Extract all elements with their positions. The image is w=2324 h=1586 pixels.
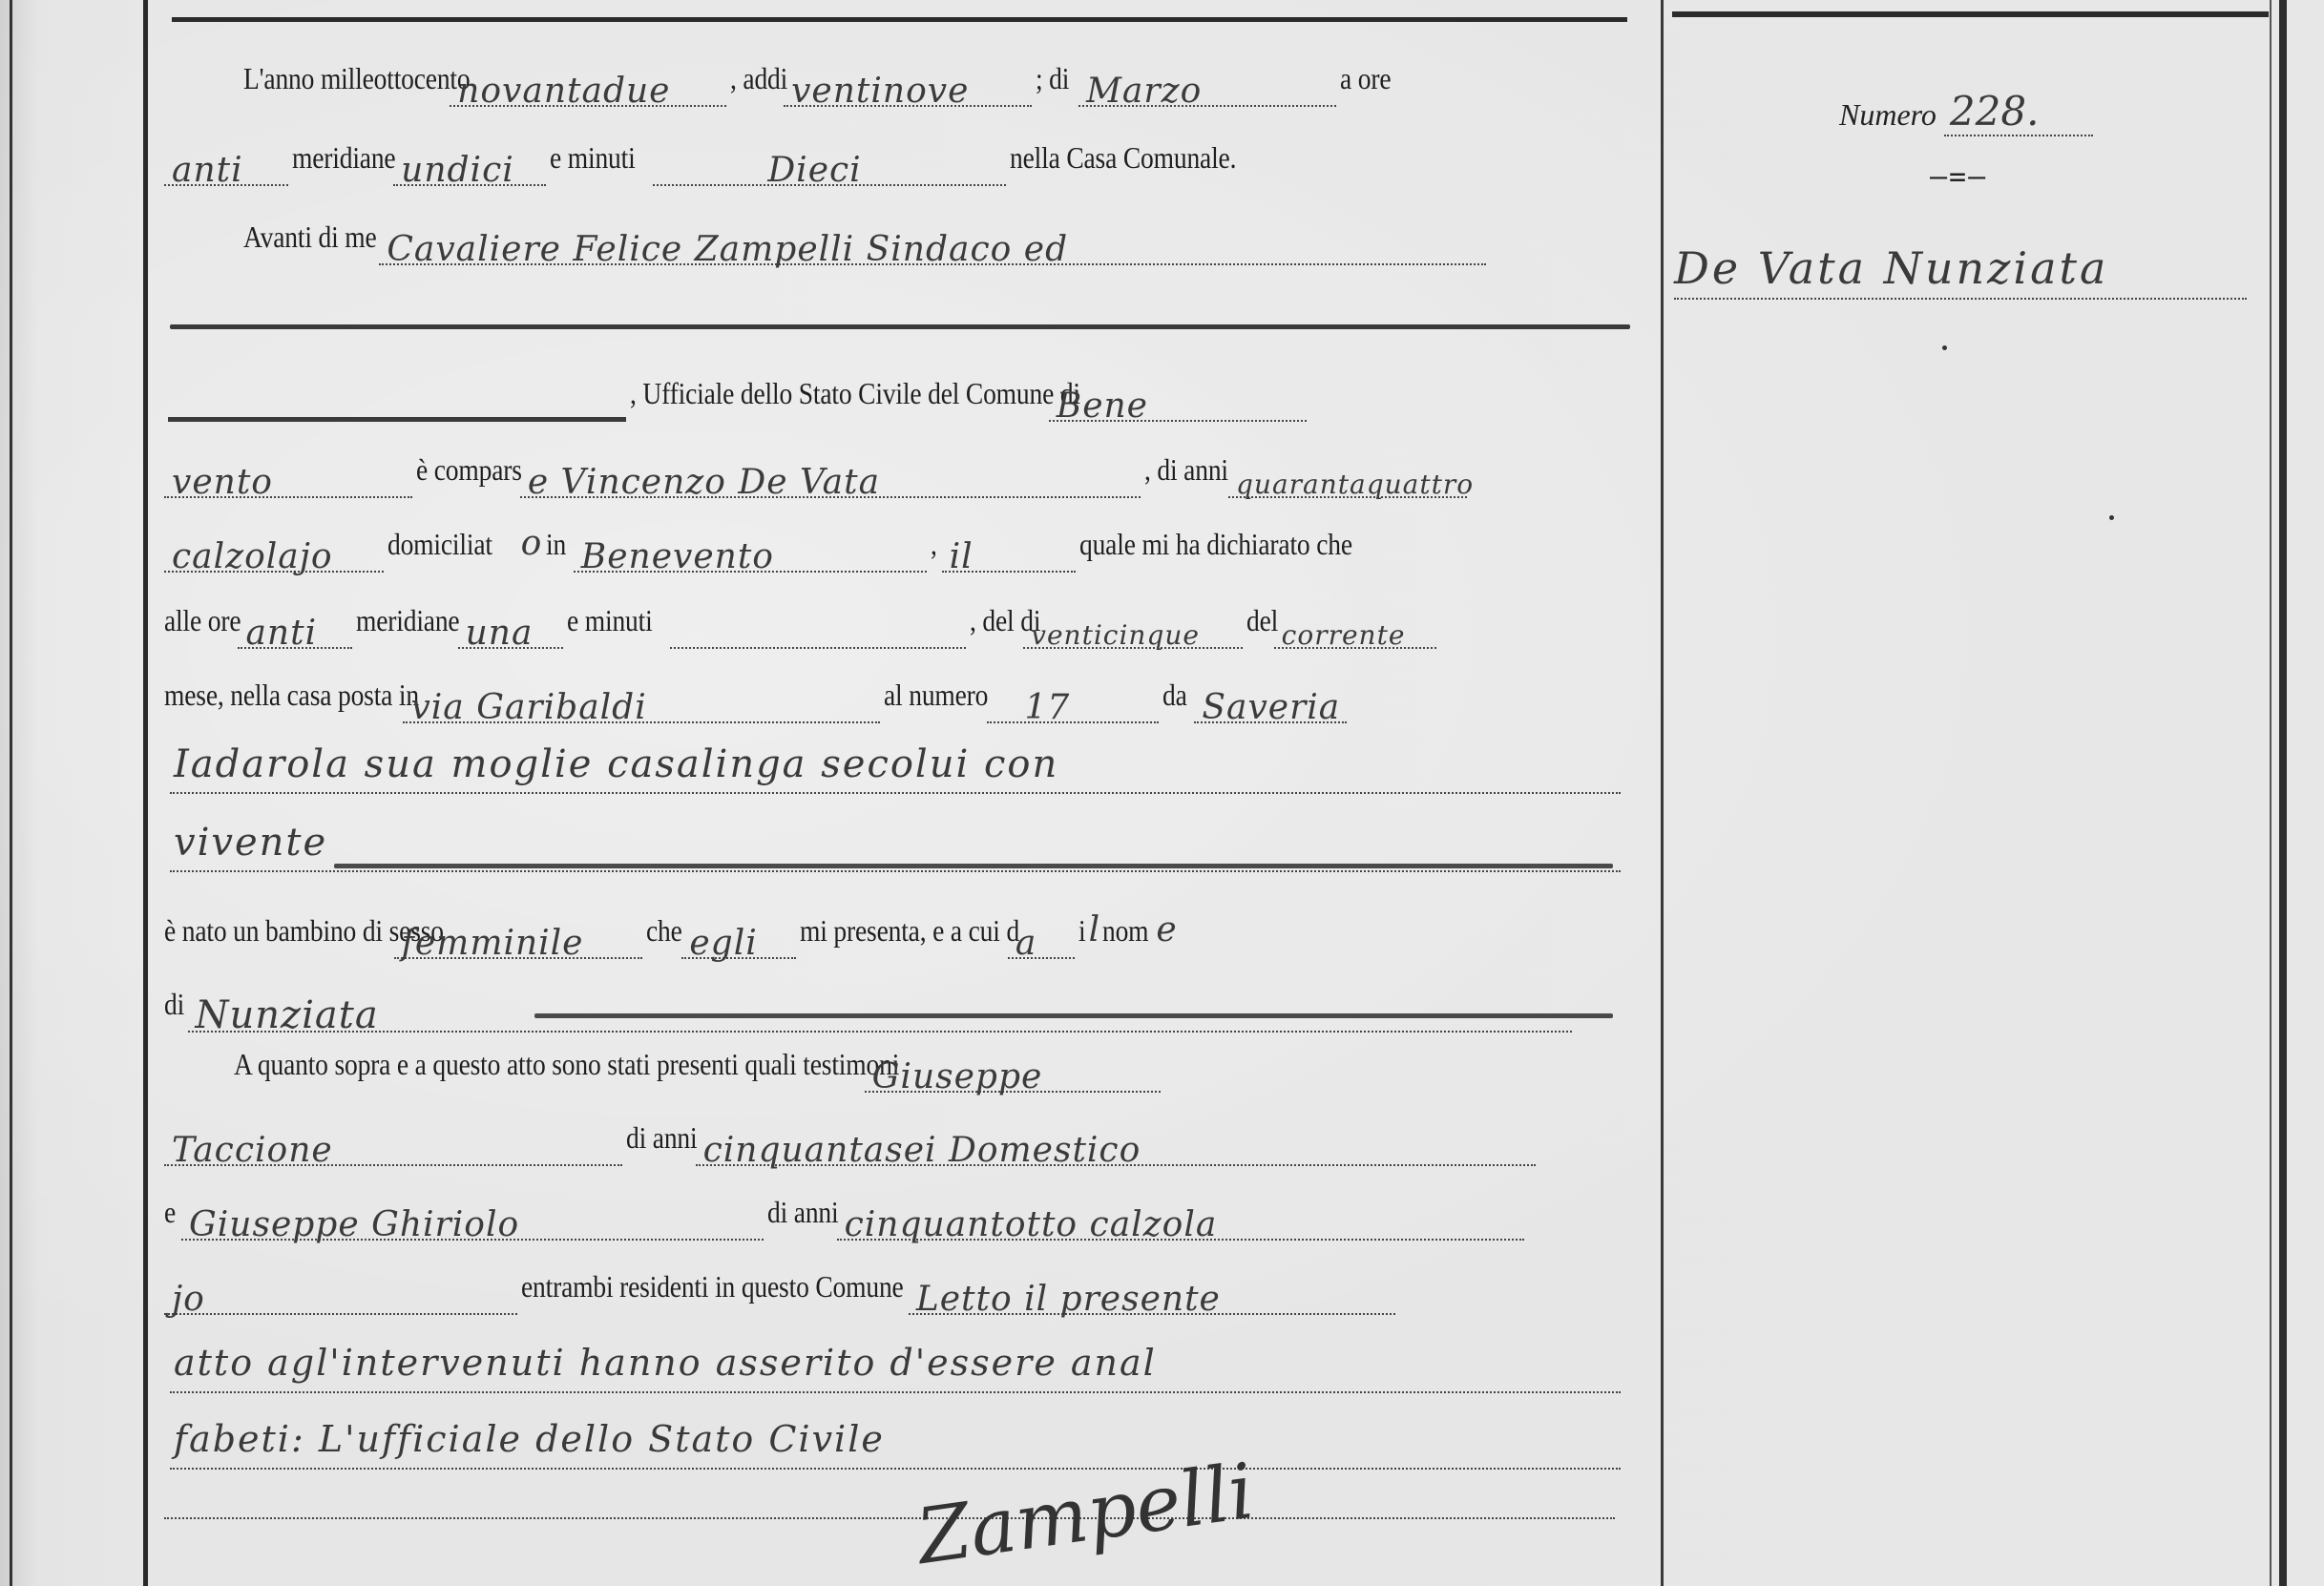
printed-text: di [164, 975, 184, 1033]
printed-text: , [931, 515, 937, 573]
line-closing-1: atto agl'intervenuti hanno asserito d'es… [170, 1334, 1621, 1393]
handwritten-article-l: l [1087, 909, 1103, 951]
printed-text: nom [1102, 902, 1148, 959]
field-gives: a [1008, 915, 1075, 959]
line-mother-cont: Iadarola sua moglie casalinga secolui co… [170, 735, 1621, 794]
handwritten-presenter: egli [681, 923, 757, 965]
document-page: L'anno milleottocentonovantadue, addiven… [0, 0, 2324, 1586]
handwritten-closing-2: fabeti: L'ufficiale dello Stato Civile [174, 1418, 885, 1460]
line-time: antimeridianeundicie minutiDiecinella Ca… [164, 129, 1624, 186]
printed-text: è compars [416, 441, 522, 498]
handwritten-profession: calzolajo [164, 536, 333, 578]
handwritten-witness2-age-job: cinquantotto calzola [837, 1204, 1218, 1246]
handwritten-residence: Benevento [574, 536, 774, 578]
field-read-aloud: Letto il presente [909, 1271, 1395, 1315]
line-residence: calzolajodomiciliat oinBenevento, ilqual… [164, 515, 1624, 573]
field-ante: anti [164, 142, 288, 186]
printed-text: nella Casa Comunale. [1010, 129, 1236, 186]
handwritten-witness1-surname: Taccione [164, 1130, 333, 1172]
margin-column: Numero 228. —=— De Vata Nunziata [1672, 0, 2264, 1586]
field-mother: Saveria [1194, 679, 1347, 723]
field-witness2-age-job: cinquantotto calzola [837, 1197, 1524, 1241]
handwritten-minutes: Dieci [653, 150, 861, 192]
field-declarant-age: quarantaquattro [1228, 454, 1467, 498]
line-child-sex: è nato un bambino di sessofemminilecheeg… [164, 902, 1624, 959]
handwritten-gives: a [1008, 923, 1036, 965]
line-witness2: eGiuseppe Ghiriolodi annicinquantotto ca… [164, 1183, 1624, 1241]
record-number-value: 228. [1944, 88, 2093, 136]
field-residence: Benevento [574, 529, 927, 573]
line-child-name: diNunziata [164, 975, 1624, 1033]
record-number: Numero 228. [1839, 88, 2093, 136]
handwritten-gender-suffix: o [517, 523, 547, 565]
handwritten-read-aloud: Letto il presente [909, 1279, 1221, 1321]
field-birth-day: venticinque [1023, 605, 1243, 649]
field-witness2-name: Giuseppe Ghiriolo [181, 1197, 764, 1241]
field-witness1-first: Giuseppe [865, 1049, 1161, 1093]
field-minutes: Dieci [653, 142, 1006, 186]
handwritten-officer: Cavaliere Felice Zampelli Sindaco ed [379, 229, 1068, 271]
right-border [2279, 0, 2287, 1586]
handwritten-birth-hour: una [458, 613, 534, 655]
field-witness2-job-cont: jo [164, 1271, 517, 1315]
printed-text: i [1078, 902, 1085, 959]
field-month: Marzo [1078, 63, 1336, 107]
printed-text: mi presenta, e a cui d [800, 902, 1019, 959]
signature-line [164, 1517, 1615, 1519]
margin-child-name: De Vata Nunziata [1674, 239, 2247, 300]
printed-text: quale mi ha dichiarato che [1079, 515, 1352, 573]
struck-rule [534, 1013, 1613, 1018]
printed-text: domiciliat [387, 515, 492, 573]
handwritten-child-name: Nunziata [188, 994, 379, 1036]
handwritten-day: ventinove [784, 71, 969, 113]
printed-text: alle ore [164, 592, 241, 649]
printed-text: , addi [730, 50, 787, 107]
line-officer: Avanti di meCavaliere Felice Zampelli Si… [243, 208, 1627, 265]
handwritten-cohabiting: vivente [174, 821, 327, 865]
printed-text: e [164, 1183, 176, 1241]
line-birth-place: mese, nella casa posta invia Garibaldial… [164, 666, 1624, 723]
printed-text: al numero [884, 666, 988, 723]
field-profession: calzolajo [164, 529, 384, 573]
field-sex: femminile [394, 915, 642, 959]
right-border-thin [2270, 0, 2272, 1586]
form-left-border [143, 0, 148, 1586]
field-presenter: egli [681, 915, 796, 959]
line-closing-2: fabeti: L'ufficiale dello Stato Civile [170, 1410, 1621, 1470]
column-divider [1661, 0, 1664, 1586]
printed-text: meridiane [356, 592, 459, 649]
printed-text: L'anno milleottocento [243, 50, 471, 107]
paper-speck [1942, 345, 1947, 350]
handwritten-ante: anti [164, 150, 243, 192]
printed-text: mese, nella casa posta in [164, 666, 419, 723]
handwritten-birth-day: venticinque [1023, 615, 1200, 657]
field-birth-hour: una [458, 605, 563, 649]
handwritten-article: il [942, 536, 974, 578]
printed-text: da [1162, 666, 1187, 723]
handwritten-name-suffix: e [1156, 909, 1177, 951]
handwritten-street: via Garibaldi [403, 687, 646, 729]
paper-speck [2109, 515, 2114, 520]
field-birth-month: corrente [1274, 605, 1436, 649]
field-comune: Bene [1049, 378, 1307, 422]
field-child-name: Nunziata [188, 989, 1572, 1033]
printed-text: di anni [767, 1183, 838, 1241]
line-declarant: ventoè comparse Vincenzo De Vata, di ann… [164, 441, 1624, 498]
field-witness1-age-job: cinquantasei Domestico [696, 1122, 1536, 1166]
line-witness1: Taccionedi annicinquantasei Domestico [164, 1109, 1624, 1166]
printed-text: a ore [1340, 50, 1391, 107]
field-birth-minutes [670, 605, 966, 649]
field-house-number: 17 [987, 679, 1159, 723]
printed-text: che [646, 902, 682, 959]
printed-text: A quanto sopra e a questo atto sono stat… [234, 1035, 899, 1093]
handwritten-witness1-first: Giuseppe [865, 1056, 1043, 1098]
printed-text: e minuti [567, 592, 653, 649]
printed-text: in [546, 515, 566, 573]
printed-text: e minuti [550, 129, 636, 186]
line-residence-witnesses: joentrambi residenti in questo ComuneLet… [164, 1258, 1624, 1315]
handwritten-witness2-name: Giuseppe Ghiriolo [181, 1204, 519, 1246]
printed-text: di anni [626, 1109, 697, 1166]
printed-text: Avanti di me [243, 208, 377, 265]
printed-text: , Ufficiale dello Stato Civile del Comun… [630, 365, 1080, 422]
line-office: , Ufficiale dello Stato Civile del Comun… [164, 365, 1624, 422]
field-declarant: e Vincenzo De Vata [520, 454, 1141, 498]
handwritten-declarant: e Vincenzo De Vata [520, 462, 880, 504]
top-rule-main [172, 17, 1627, 22]
handwritten-birth-ante: anti [238, 613, 317, 655]
struck-rule [334, 864, 1613, 868]
handwritten-sex: femminile [394, 923, 584, 965]
field-street: via Garibaldi [403, 679, 880, 723]
field-witness1-surname: Taccione [164, 1122, 622, 1166]
printed-text: , di anni [1144, 441, 1228, 498]
field-officer: Cavaliere Felice Zampelli Sindaco ed [379, 221, 1486, 265]
handwritten-year: novantadue [450, 71, 670, 113]
separator-mark: —=— [1930, 160, 1987, 194]
field-article: il [942, 529, 1076, 573]
printed-text: meridiane [292, 129, 395, 186]
line-birth-time: alle oreantimeridianeunae minuti, del di… [164, 592, 1624, 649]
handwritten-house-number: 17 [987, 687, 1071, 729]
printed-text: ; di [1036, 50, 1069, 107]
line-witnesses: A quanto sopra e a questo atto sono stat… [234, 1035, 1627, 1093]
handwritten-mother: Saveria [1194, 687, 1340, 729]
handwritten-month: Marzo [1078, 71, 1202, 113]
binding-edge-line [10, 0, 12, 1586]
handwritten-hour: undici [393, 150, 514, 192]
line-year-date: L'anno milleottocentonovantadue, addiven… [243, 50, 1627, 107]
field-office-struck [168, 375, 626, 422]
handwritten-birth-month: corrente [1274, 615, 1406, 657]
handwritten-declarant-age: quarantaquattro [1228, 464, 1474, 506]
handwritten-comune: Bene [1049, 386, 1148, 428]
handwritten-mother-cont: Iadarola sua moglie casalinga secolui co… [174, 742, 1058, 786]
printed-text: entrambi residenti in questo Comune [521, 1258, 904, 1315]
handwritten-witness1-age-job: cinquantasei Domestico [696, 1130, 1141, 1172]
field-birth-ante: anti [238, 605, 352, 649]
field-year: novantadue [450, 63, 726, 107]
field-comune-cont: vento [164, 454, 412, 498]
field-hour: undici [393, 142, 546, 186]
handwritten-closing-1: atto agl'intervenuti hanno asserito d'es… [174, 1342, 1157, 1384]
field-day: ventinove [784, 63, 1032, 107]
handwritten-comune-cont: vento [164, 462, 273, 504]
struck-rule [170, 324, 1630, 329]
handwritten-witness2-job-cont: jo [164, 1279, 205, 1321]
record-number-label: Numero [1839, 97, 1937, 132]
